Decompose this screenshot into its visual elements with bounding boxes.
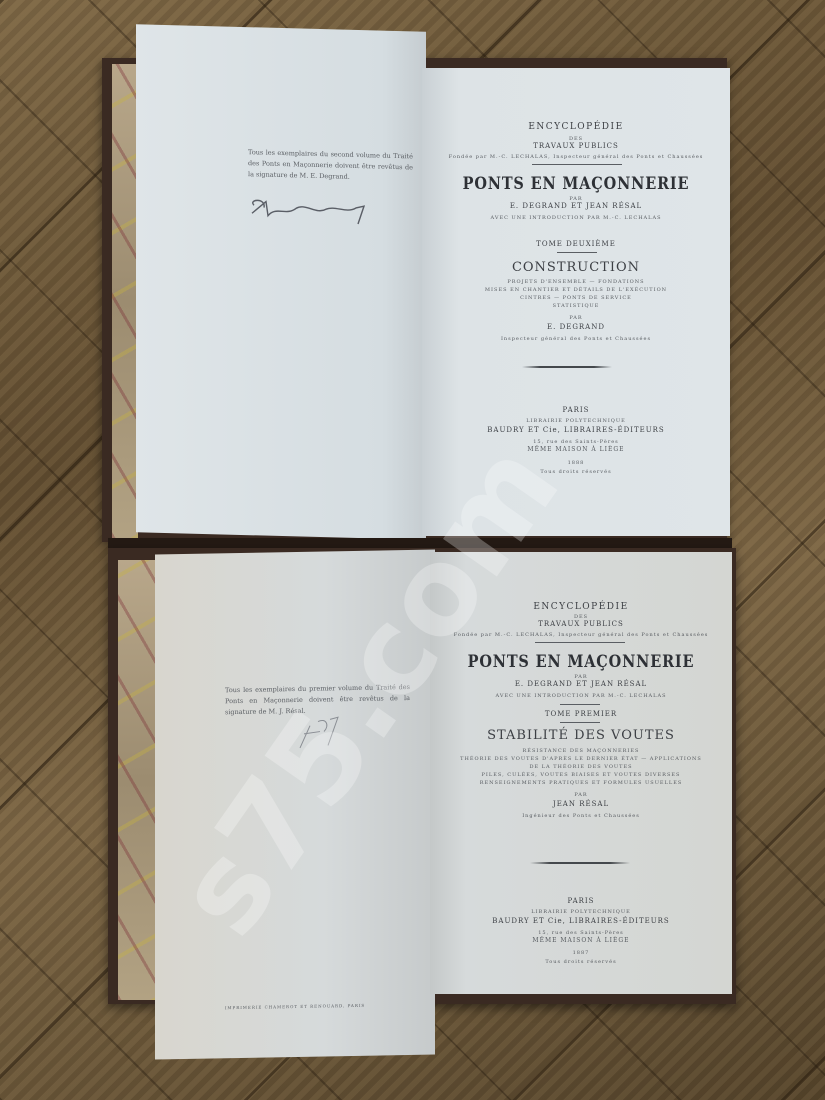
contents-line: STATISTIQUE	[422, 303, 730, 309]
book-title: PONTS EN MAÇONNERIE	[453, 652, 710, 672]
series-name: ENCYCLOPÉDIE	[422, 122, 730, 132]
rights: Tous droits réservés	[430, 959, 732, 965]
publisher: BAUDRY ET Cie, LIBRAIRES-ÉDITEURS	[422, 426, 730, 434]
author: E. DEGRAND	[422, 323, 730, 331]
divider	[535, 642, 625, 643]
series-name: ENCYCLOPÉDIE	[430, 602, 732, 612]
left-page: Tous les exemplaires du premier volume d…	[155, 550, 435, 1060]
founder-line: Fondée par M.-C. LECHALAS, Inspecteur gé…	[422, 154, 730, 160]
authors: E. DEGRAND ET JEAN RÉSAL	[430, 680, 732, 688]
handwritten-signature	[290, 711, 360, 752]
contents-line: THÉORIE DES VOUTES D'APRÈS LE DERNIER ÉT…	[430, 756, 732, 762]
introduction-line: AVEC UNE INTRODUCTION PAR M.-C. LECHALAS	[422, 215, 730, 221]
rights: Tous droits réservés	[422, 469, 730, 475]
title-page: ENCYCLOPÉDIE DES TRAVAUX PUBLICS Fondée …	[422, 68, 730, 536]
handwritten-signature	[246, 195, 376, 228]
branch: MÊME MAISON À LIÈGE	[422, 446, 730, 453]
branch: MÊME MAISON À LIÈGE	[430, 937, 732, 944]
printer-imprint: IMPRIMERIE CHAMEROT ET RENOUARD, PARIS	[155, 1002, 435, 1012]
introduction-line: AVEC UNE INTRODUCTION PAR M.-C. LECHALAS	[430, 693, 732, 699]
year: 1887	[430, 950, 732, 956]
city: PARIS	[422, 406, 730, 414]
divider	[560, 704, 600, 705]
signature-note: Tous les exemplaires du second volume du…	[248, 147, 413, 184]
contents-line: MISES EN CHANTIER ET DÉTAILS DE L'EXÉCUT…	[422, 287, 730, 293]
marbled-endpaper	[112, 64, 138, 538]
ornament-rule	[530, 862, 630, 864]
volume-subject: CONSTRUCTION	[422, 260, 730, 275]
address: 15, rue des Saints-Pères	[430, 930, 732, 936]
contents-line: PILES, CULÉES, VOUTES BIAISES ET VOUTES …	[430, 772, 732, 778]
author: JEAN RÉSAL	[430, 800, 732, 808]
divider	[532, 164, 622, 165]
author-title: Inspecteur général des Ponts et Chaussée…	[422, 336, 730, 342]
title-page: ENCYCLOPÉDIE DES TRAVAUX PUBLICS Fondée …	[430, 552, 732, 994]
ornament-rule	[522, 366, 612, 368]
city: PARIS	[430, 897, 732, 905]
contents-line: CINTRES — PONTS DE SERVICE	[422, 295, 730, 301]
library: LIBRAIRIE POLYTECHNIQUE	[430, 909, 732, 915]
series-subtitle: TRAVAUX PUBLICS	[422, 142, 730, 150]
year: 1888	[422, 460, 730, 466]
contents-line: DE LA THÉORIE DES VOUTES	[430, 764, 732, 770]
marbled-endpaper	[118, 560, 158, 1000]
volume-label: TOME DEUXIÈME	[422, 240, 730, 248]
author-title: Ingénieur des Ponts et Chaussées	[430, 813, 732, 819]
left-page: Tous les exemplaires du second volume du…	[136, 24, 426, 540]
publisher: BAUDRY ET Cie, LIBRAIRES-ÉDITEURS	[430, 917, 732, 925]
library: LIBRAIRIE POLYTECHNIQUE	[422, 418, 730, 424]
divider	[557, 252, 597, 253]
contents-line: RENSEIGNEMENTS PRATIQUES ET FORMULES USU…	[430, 780, 732, 786]
authors: E. DEGRAND ET JEAN RÉSAL	[422, 202, 730, 210]
founder-line: Fondée par M.-C. LECHALAS, Inspecteur gé…	[430, 632, 732, 638]
volume-label: TOME PREMIER	[430, 710, 732, 718]
book-title: PONTS EN MAÇONNERIE	[445, 174, 707, 194]
series-subtitle: TRAVAUX PUBLICS	[430, 620, 732, 628]
divider	[560, 722, 600, 723]
contents-line: PROJETS D'ENSEMBLE — FONDATIONS	[422, 279, 730, 285]
contents-line: RÉSISTANCE DES MAÇONNERIES	[430, 748, 732, 754]
volume-subject: STABILITÉ DES VOUTES	[430, 728, 732, 743]
address: 15, rue des Saints-Pères	[422, 439, 730, 445]
